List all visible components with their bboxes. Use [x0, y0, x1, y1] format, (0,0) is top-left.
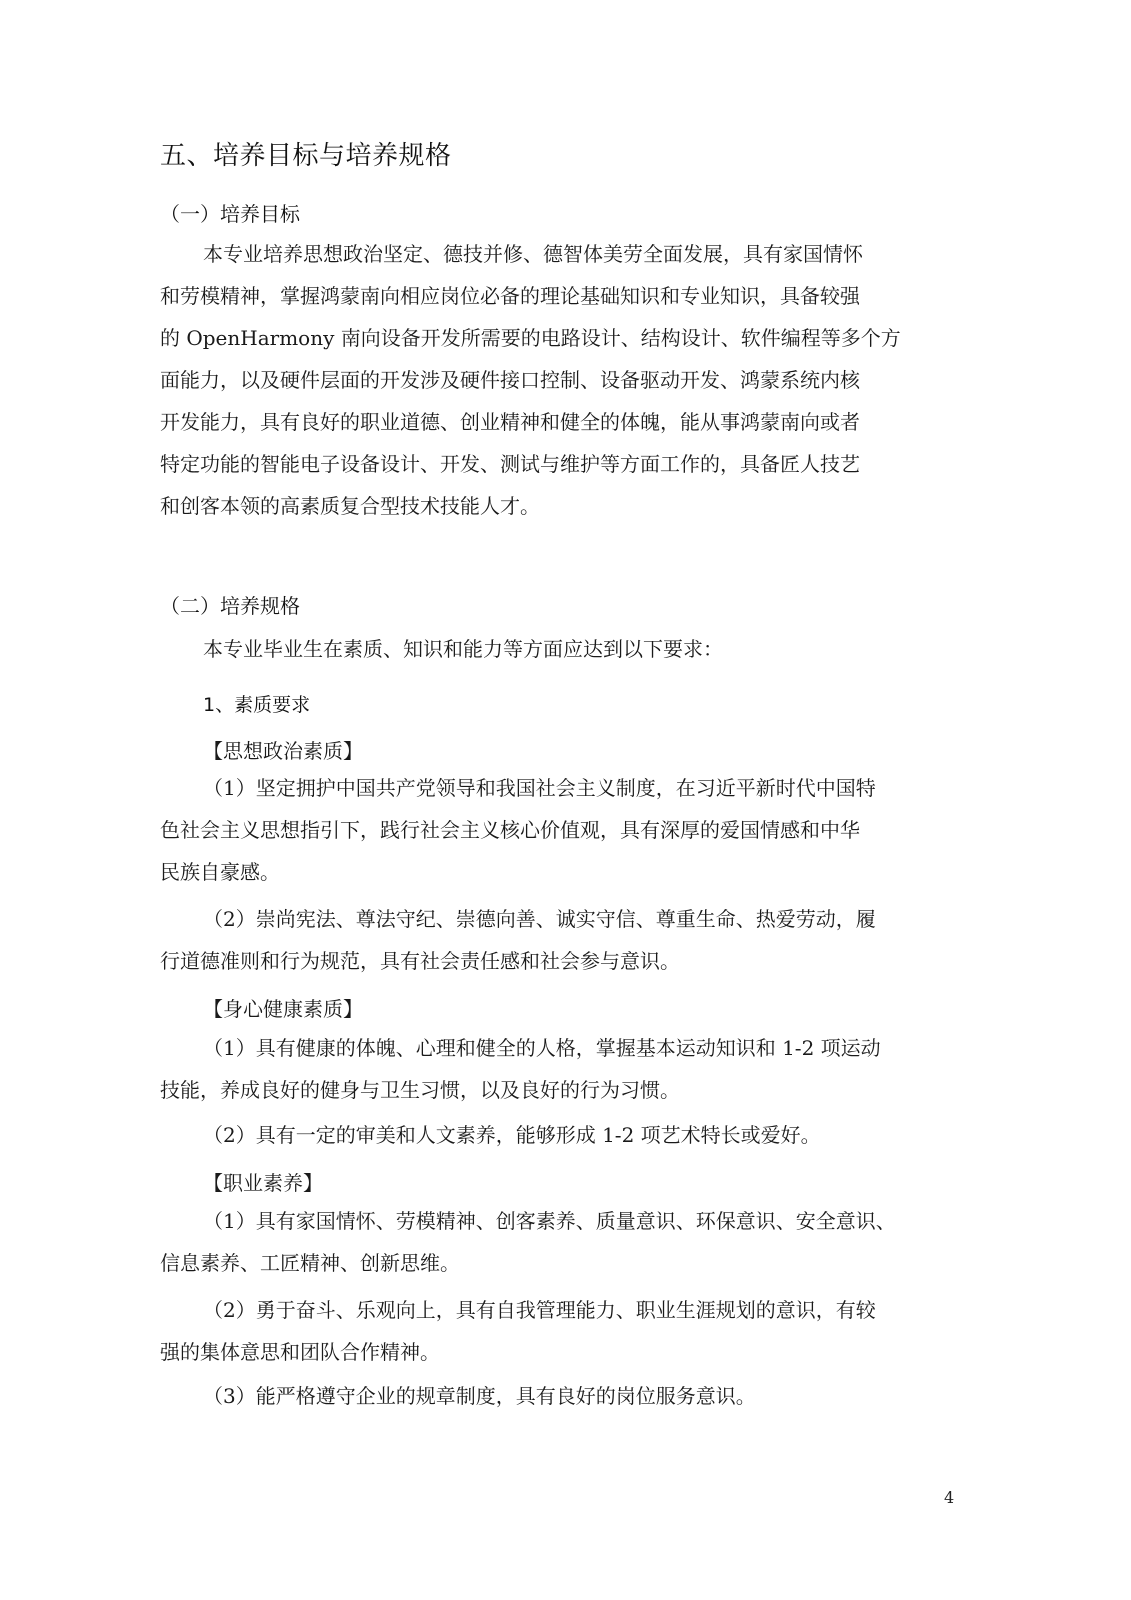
spec-heading: （二）培养规格 — [160, 590, 300, 619]
political-item-1: （1）坚定拥护中国共产党领导和我国社会主义制度，在习近平新时代中国特 色社会主义… — [160, 767, 955, 893]
quality-requirements-heading: 1、素质要求 — [203, 690, 310, 717]
goal-heading: （一）培养目标 — [160, 198, 300, 227]
goal-line: 和劳模精神，掌握鸿蒙南向相应岗位必备的理论基础知识和专业知识，具备较强 — [160, 275, 955, 317]
goal-line: 的 OpenHarmony 南向设备开发所需要的电路设计、结构设计、软件编程等多… — [160, 317, 955, 359]
document-page: 五、培养目标与培养规格 （一）培养目标 本专业培养思想政治坚定、德技并修、德智体… — [0, 0, 1131, 1600]
goal-line: 本专业培养思想政治坚定、德技并修、德智体美劳全面发展，具有家国情怀 — [160, 233, 955, 275]
health-item-2: （2）具有一定的审美和人文素养，能够形成 1-2 项艺术特长或爱好。 — [160, 1114, 955, 1156]
item-line: 民族自豪感。 — [160, 851, 955, 893]
political-item-2: （2）崇尚宪法、尊法守纪、崇德向善、诚实守信、尊重生命、热爱劳动，履 行道德准则… — [160, 898, 955, 982]
professional-item-3: （3）能严格遵守企业的规章制度，具有良好的岗位服务意识。 — [160, 1375, 955, 1417]
item-line: 信息素养、工匠精神、创新思维。 — [160, 1242, 955, 1284]
item-line: （3）能严格遵守企业的规章制度，具有良好的岗位服务意识。 — [160, 1375, 955, 1417]
goal-line: 和创客本领的高素质复合型技术技能人才。 — [160, 485, 955, 527]
health-item-1: （1）具有健康的体魄、心理和健全的人格，掌握基本运动知识和 1-2 项运动 技能… — [160, 1027, 955, 1111]
goal-paragraph: 本专业培养思想政治坚定、德技并修、德智体美劳全面发展，具有家国情怀 和劳模精神，… — [160, 233, 955, 527]
goal-line: 面能力，以及硬件层面的开发涉及硬件接口控制、设备驱动开发、鸿蒙系统内核 — [160, 359, 955, 401]
item-line: （1）具有健康的体魄、心理和健全的人格，掌握基本运动知识和 1-2 项运动 — [160, 1027, 955, 1069]
item-line: （1）坚定拥护中国共产党领导和我国社会主义制度，在习近平新时代中国特 — [160, 767, 955, 809]
item-line: （1）具有家国情怀、劳模精神、创客素养、质量意识、环保意识、安全意识、 — [160, 1200, 955, 1242]
item-line: 强的集体意思和团队合作精神。 — [160, 1331, 955, 1373]
goal-line: 特定功能的智能电子设备设计、开发、测试与维护等方面工作的，具备匠人技艺 — [160, 443, 955, 485]
item-line: （2）勇于奋斗、乐观向上，具有自我管理能力、职业生涯规划的意识，有较 — [160, 1289, 955, 1331]
goal-line: 开发能力，具有良好的职业道德、创业精神和健全的体魄，能从事鸿蒙南向或者 — [160, 401, 955, 443]
spec-intro-text: 本专业毕业生在素质、知识和能力等方面应达到以下要求： — [160, 628, 955, 670]
item-line: （2）具有一定的审美和人文素养，能够形成 1-2 项艺术特长或爱好。 — [160, 1114, 955, 1156]
section-title: 五、培养目标与培养规格 — [160, 135, 452, 172]
group-label-health: 【身心健康素质】 — [203, 993, 363, 1022]
spec-intro: 本专业毕业生在素质、知识和能力等方面应达到以下要求： — [160, 628, 955, 670]
item-line: 行道德准则和行为规范，具有社会责任感和社会参与意识。 — [160, 940, 955, 982]
professional-item-2: （2）勇于奋斗、乐观向上，具有自我管理能力、职业生涯规划的意识，有较 强的集体意… — [160, 1289, 955, 1373]
item-line: 色社会主义思想指引下，践行社会主义核心价值观，具有深厚的爱国情感和中华 — [160, 809, 955, 851]
group-label-professional: 【职业素养】 — [203, 1167, 323, 1196]
item-line: （2）崇尚宪法、尊法守纪、崇德向善、诚实守信、尊重生命、热爱劳动，履 — [160, 898, 955, 940]
page-number: 4 — [944, 1488, 954, 1507]
item-line: 技能，养成良好的健身与卫生习惯，以及良好的行为习惯。 — [160, 1069, 955, 1111]
professional-item-1: （1）具有家国情怀、劳模精神、创客素养、质量意识、环保意识、安全意识、 信息素养… — [160, 1200, 955, 1284]
group-label-political: 【思想政治素质】 — [203, 735, 363, 764]
